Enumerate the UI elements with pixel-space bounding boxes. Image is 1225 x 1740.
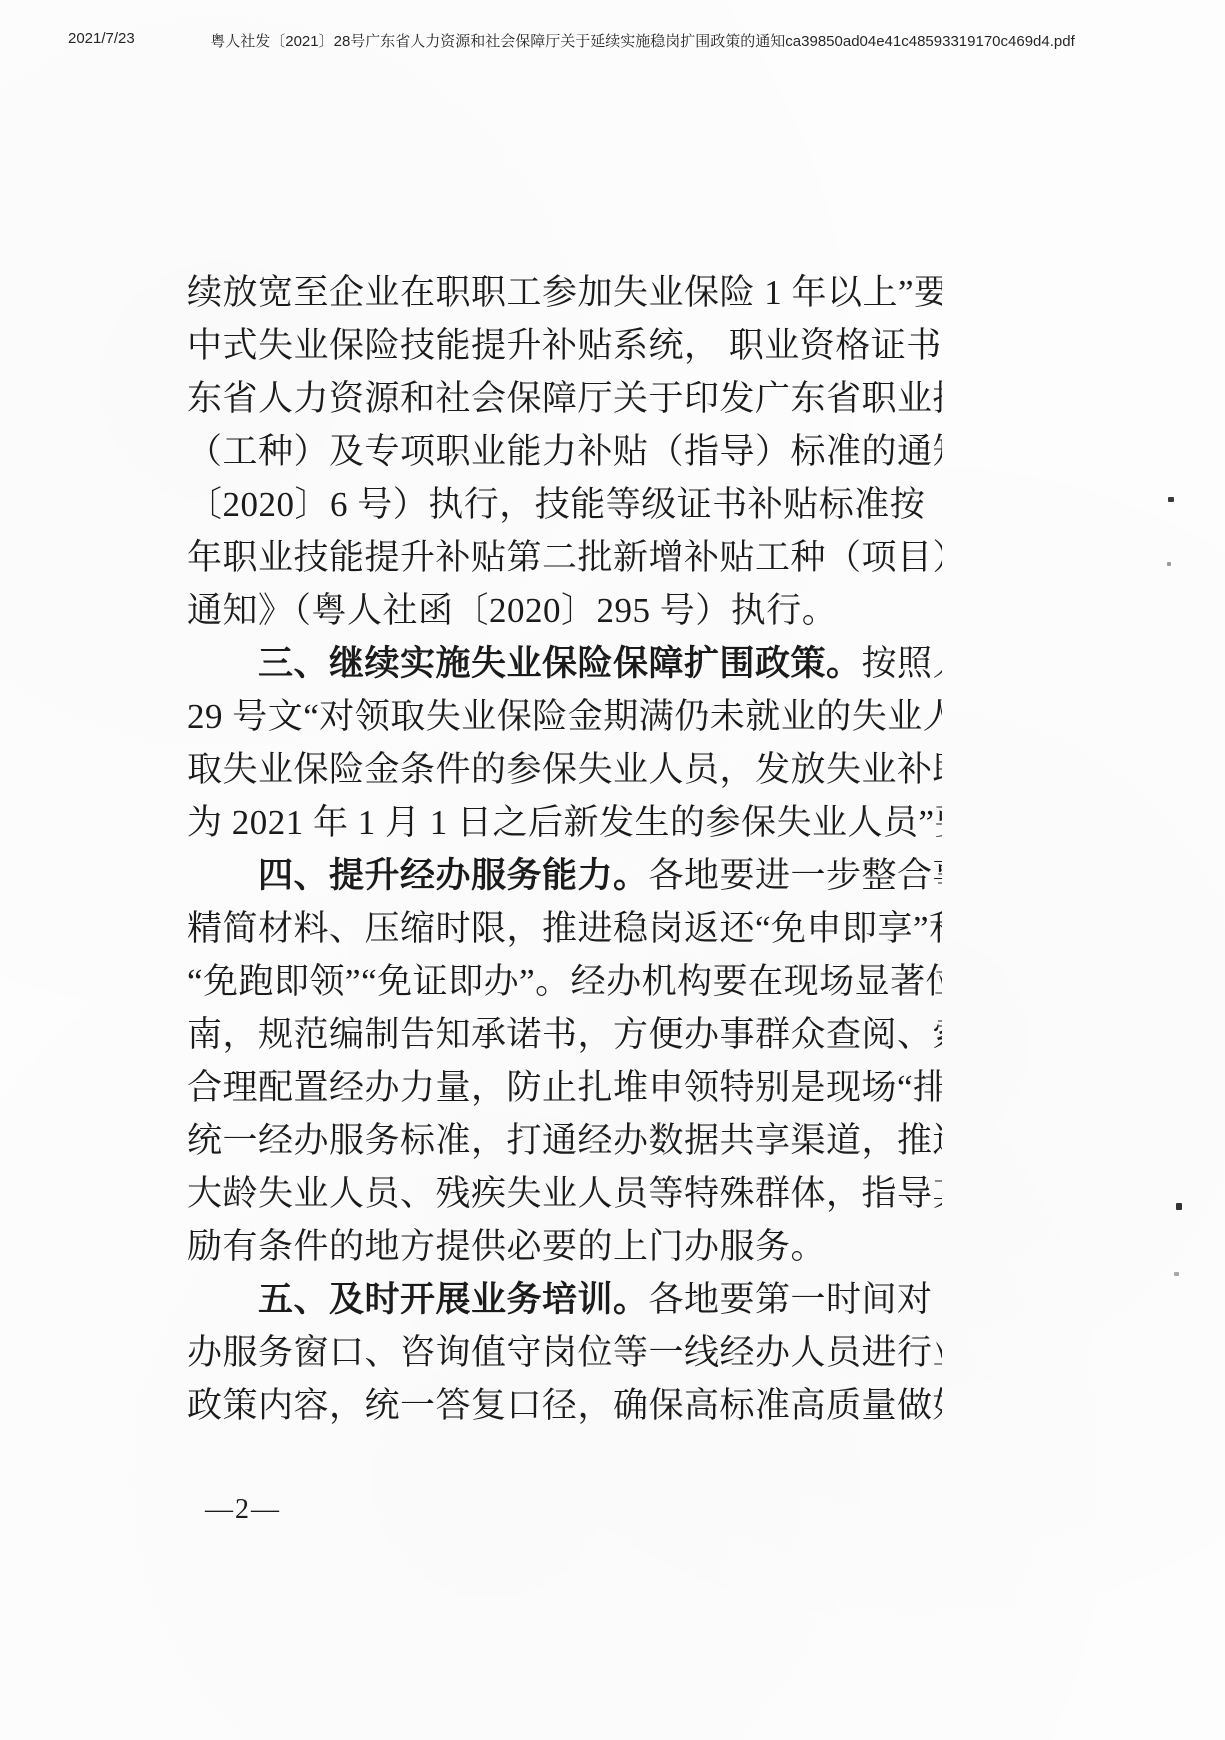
text-line: 精简材料、压缩时限，推进稳岗返还“免申即享”和失业保险待遇 <box>187 902 942 955</box>
text-line: 取失业保险金条件的参保失业人员，发放失业补助金；保障范围 <box>187 743 942 796</box>
text-line: “免跑即领”“免证即办”。经办机构要在现场显著位置公开办事指 <box>187 955 942 1008</box>
text-line: 〔2020〕6 号）执行，技能等级证书补贴标准按《关于公布 2020 <box>187 478 942 531</box>
text-line: 合理配置经办力量，防止扎堆申领特别是现场“排长队”等现象。 <box>187 1061 942 1114</box>
text-line-heading-5: 五、及时开展业务培训。各地要第一时间对 12333 平台、经 <box>187 1273 942 1326</box>
text-line: 为 2021 年 1 月 1 日之后新发生的参保失业人员”要求执行。 <box>187 796 942 849</box>
text-line: 统一经办服务标准，打通经办数据共享渠道，推进同城通办。对 <box>187 1114 942 1167</box>
text-line: 东省人力资源和社会保障厅关于印发广东省职业技能提升各职业 <box>187 372 942 425</box>
text-line: 29 号文“对领取失业保险金期满仍未就业的失业人员、不符合领 <box>187 690 942 743</box>
scan-speck <box>1168 497 1174 502</box>
scan-speck <box>1167 562 1171 566</box>
page-number: —2— <box>205 1494 281 1526</box>
text-line: 大龄失业人员、残疾失业人员等特殊群体，指导其网上办理，鼓 <box>187 1167 942 1220</box>
print-header-filename: 粤人社发〔2021〕28号广东省人力资源和社会保障厅关于延续实施稳岗扩围政策的通… <box>150 30 1135 51</box>
text-line: 励有条件的地方提供必要的上门办服务。 <box>187 1220 942 1273</box>
text-line: 年职业技能提升补贴第二批新增补贴工种（项目）和补贴标准的 <box>187 531 942 584</box>
text-line: 通知》（粤人社函〔2020〕295 号）执行。 <box>187 584 942 637</box>
print-header-date: 2021/7/23 <box>68 30 135 47</box>
document-body: 续放宽至企业在职职工参加失业保险 1 年以上”要求，已完善省集 中式失业保险技能… <box>187 266 942 1432</box>
text-line-heading-3: 三、继续实施失业保险保障扩围政策。按照人社部发〔2021〕 <box>187 637 942 690</box>
text-line: 续放宽至企业在职职工参加失业保险 1 年以上”要求，已完善省集 <box>187 266 942 319</box>
scan-speck <box>1176 1203 1182 1210</box>
document-page: 2021/7/23 粤人社发〔2021〕28号广东省人力资源和社会保障厅关于延续… <box>0 0 1225 1740</box>
scan-speck <box>1174 1272 1179 1276</box>
text-line: （工种）及专项职业能力补贴（指导）标准的通知》（粤人社规 <box>187 425 942 478</box>
text-line: 南，规范编制告知承诺书，方便办事群众查阅、索取。做好预案， <box>187 1008 942 1061</box>
text-line: 政策内容，统一答复口径，确保高标准高质量做好受理咨询工作。 <box>187 1379 942 1432</box>
text-line: 中式失业保险技能提升补贴系统， 职业资格证书补贴标准按《广 <box>187 319 942 372</box>
text-line: 办服务窗口、咨询值守岗位等一线经办人员进行业务培训，明确 <box>187 1326 942 1379</box>
text-line-heading-4: 四、提升经办服务能力。各地要进一步整合事项、优化流程、 <box>187 849 942 902</box>
